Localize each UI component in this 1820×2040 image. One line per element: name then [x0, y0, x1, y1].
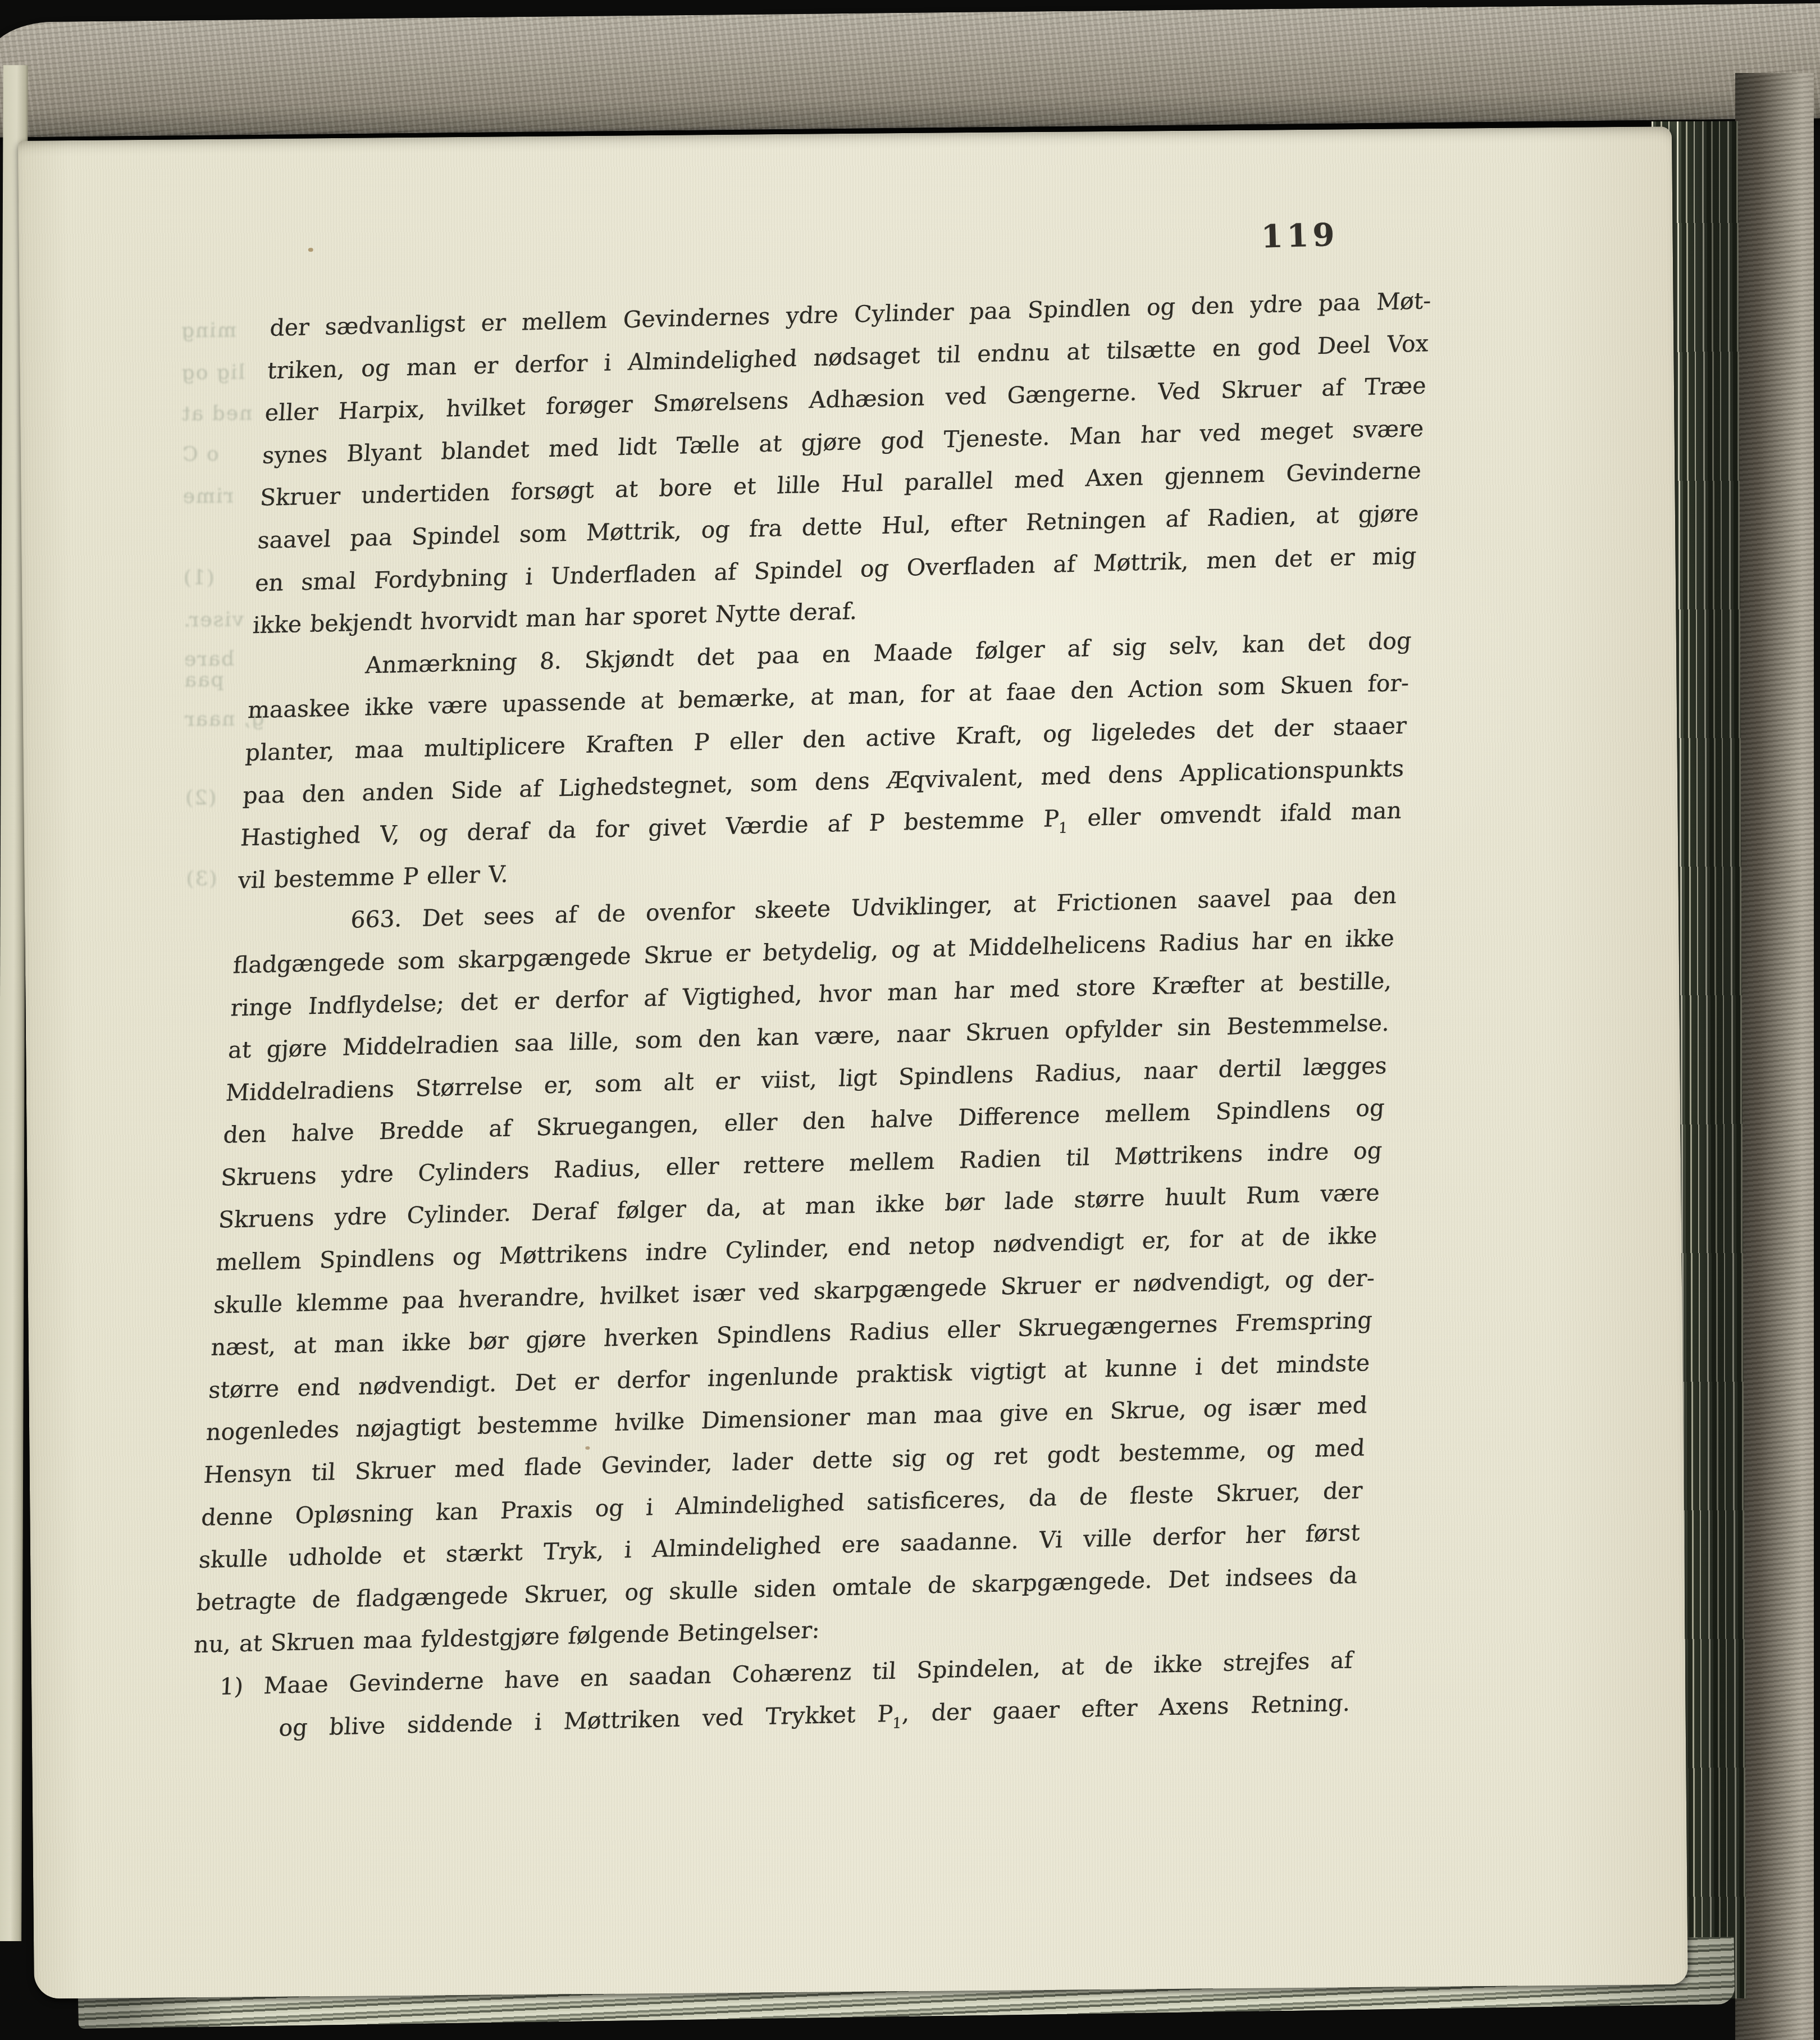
show-through-text: ming: [180, 318, 236, 342]
book-cover-top-edge: [0, 3, 1820, 138]
show-through-text: (1): [183, 566, 215, 589]
paper-speck: [702, 488, 705, 491]
paper-speck: [585, 1446, 590, 1450]
show-through-text: (2): [184, 786, 216, 809]
page-number: 119: [1261, 216, 1339, 256]
show-through-text: rime: [181, 485, 234, 508]
book-scan-photo: 119 minglig ogned ato Crime(1)viser.bare…: [0, 0, 1820, 2040]
body-text-block: der sædvanligst er mellem Gevindernes yd…: [188, 280, 1432, 1751]
show-through-text: o C: [181, 443, 219, 466]
show-through-text: ned at: [181, 402, 252, 425]
book-page: 119 minglig ogned ato Crime(1)viser.bare…: [18, 126, 1688, 1999]
book-cover-right-edge: [1735, 73, 1814, 2040]
paper-speck: [308, 248, 313, 252]
show-through-text: paa: [183, 668, 223, 692]
show-through-text: bare: [183, 648, 234, 671]
show-through-text: viser.: [183, 608, 244, 631]
show-through-text: (3): [185, 867, 217, 890]
show-through-text: lig og: [180, 361, 245, 384]
